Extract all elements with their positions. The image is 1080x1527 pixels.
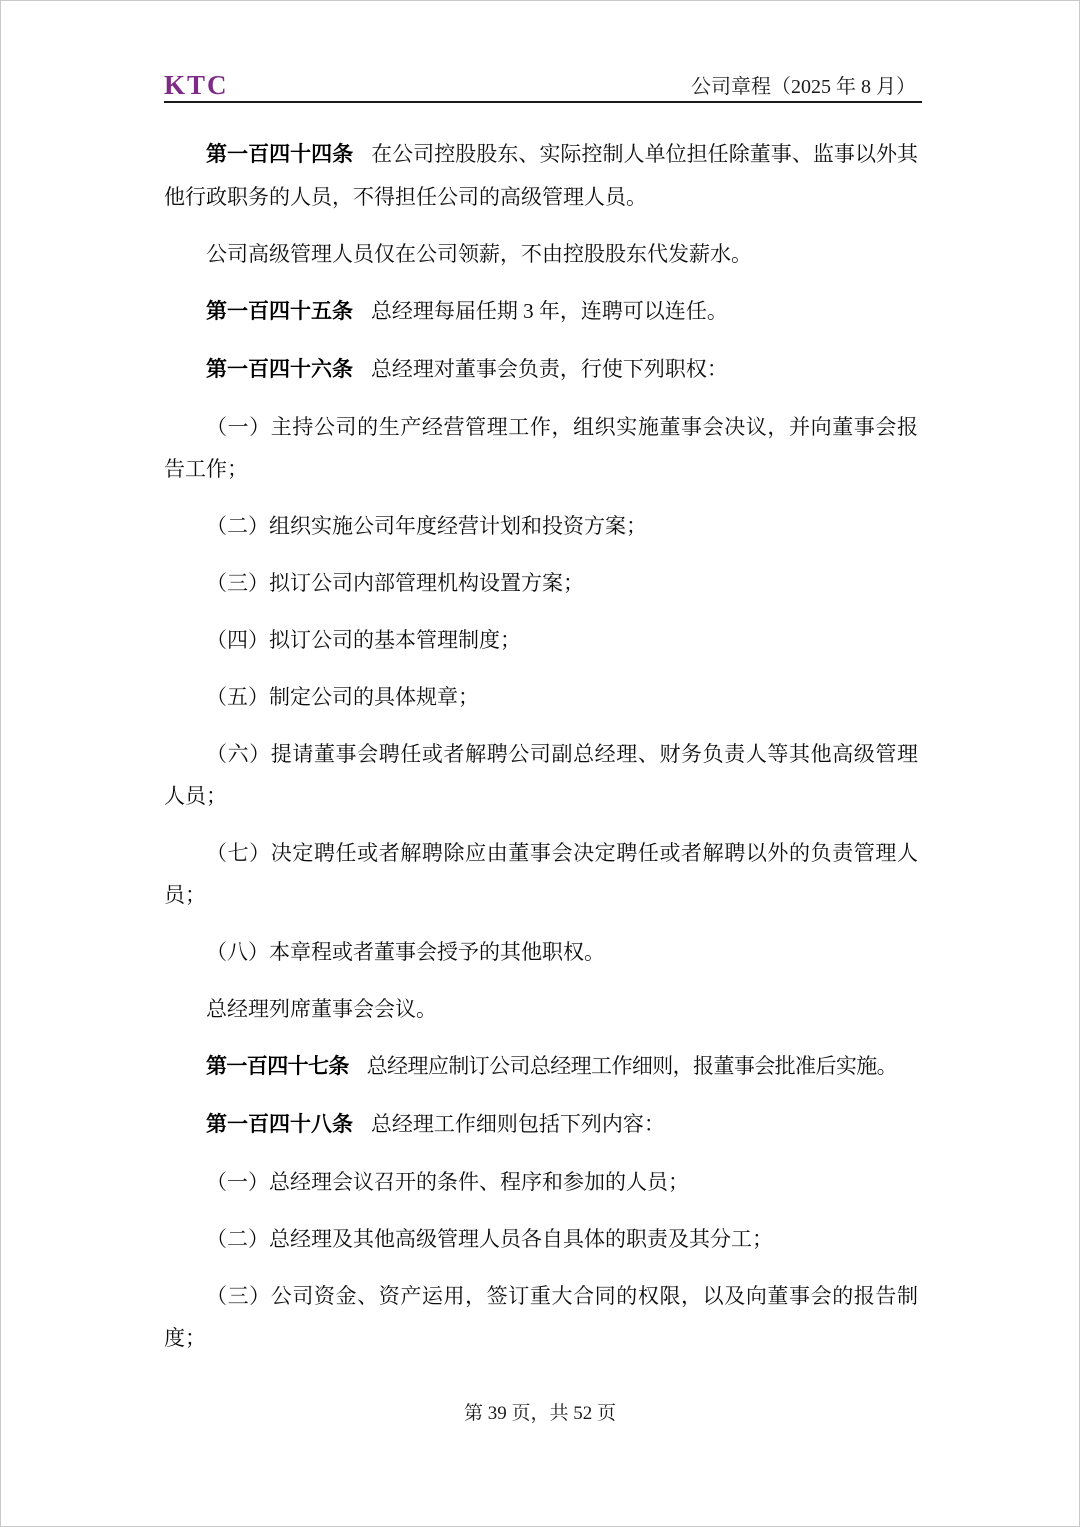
- article-number: 第一百四十六条: [206, 358, 353, 381]
- paragraph-text: （二）总经理及其他高级管理人员各自具体的职责及其分工；: [206, 1227, 773, 1251]
- document-body: 第一百四十四条在公司控股股东、实际控制人单位担任除董事、监事以外其他行政职务的人…: [164, 103, 918, 1374]
- article-number: 第一百四十四条: [206, 143, 353, 166]
- paragraph-article-145: 第一百四十五条总经理每届任期 3 年，连聘可以连任。: [164, 290, 918, 333]
- paragraph-item-2: （二）总经理及其他高级管理人员各自具体的职责及其分工；: [164, 1218, 918, 1260]
- paragraph: 总经理列席董事会会议。: [164, 988, 918, 1030]
- document-page: { "colors": { "logo-purple": "#7E2A87" }…: [0, 0, 1080, 1527]
- paragraph-item-6: （六）提请董事会聘任或者解聘公司副总经理、财务负责人等其他高级管理人员；: [164, 733, 918, 817]
- paragraph-text: （二）组织实施公司年度经营计划和投资方案；: [206, 514, 647, 538]
- paragraph-item-1: （一）总经理会议召开的条件、程序和参加的人员；: [164, 1161, 918, 1203]
- paragraph-text: 总经理列席董事会会议。: [206, 997, 437, 1021]
- paragraph-text: 总经理对董事会负责，行使下列职权：: [371, 357, 728, 381]
- paragraph-article-147: 第一百四十七条总经理应制订公司总经理工作细则，报董事会批准后实施。: [164, 1045, 918, 1088]
- paragraph-item-2: （二）组织实施公司年度经营计划和投资方案；: [164, 505, 918, 547]
- article-number: 第一百四十七条: [206, 1055, 349, 1078]
- paragraph-article-148: 第一百四十八条总经理工作细则包括下列内容：: [164, 1103, 918, 1146]
- paragraph-text: （三）拟订公司内部管理机构设置方案；: [206, 571, 584, 595]
- page-header: KTC 公司章程（2025 年 8 月）: [1, 1, 1079, 103]
- paragraph-item-8: （八）本章程或者董事会授予的其他职权。: [164, 931, 918, 973]
- ktc-logo: KTC: [164, 72, 229, 103]
- paragraph-item-3: （三）公司资金、资产运用，签订重大合同的权限，以及向董事会的报告制度；: [164, 1275, 918, 1359]
- paragraph-text: （四）拟订公司的基本管理制度；: [206, 628, 521, 652]
- header-document-title: 公司章程（2025 年 8 月）: [691, 77, 916, 103]
- paragraph-text: （三）公司资金、资产运用，签订重大合同的权限，以及向董事会的报告制度；: [164, 1284, 918, 1350]
- paragraph-text: （一）主持公司的生产经营管理工作，组织实施董事会决议，并向董事会报告工作；: [164, 415, 918, 481]
- paragraph-text: （八）本章程或者董事会授予的其他职权。: [206, 940, 605, 964]
- paragraph-item-7: （七）决定聘任或者解聘除应由董事会决定聘任或者解聘以外的负责管理人员；: [164, 832, 918, 916]
- paragraph-text: 公司高级管理人员仅在公司领薪，不由控股股东代发薪水。: [206, 242, 752, 266]
- paragraph-text: 总经理工作细则包括下列内容：: [371, 1112, 665, 1136]
- paragraph-text: （六）提请董事会聘任或者解聘公司副总经理、财务负责人等其他高级管理人员；: [164, 742, 918, 808]
- paragraph-item-4: （四）拟订公司的基本管理制度；: [164, 619, 918, 661]
- paragraph-article-146: 第一百四十六条总经理对董事会负责，行使下列职权：: [164, 348, 918, 391]
- paragraph-item-1: （一）主持公司的生产经营管理工作，组织实施董事会决议，并向董事会报告工作；: [164, 406, 918, 490]
- paragraph-article-144: 第一百四十四条在公司控股股东、实际控制人单位担任除董事、监事以外其他行政职务的人…: [164, 133, 918, 218]
- paragraph-item-5: （五）制定公司的具体规章；: [164, 676, 918, 718]
- paragraph-text: 总经理每届任期 3 年，连聘可以连任。: [371, 299, 728, 323]
- paragraph-text: 总经理应制订公司总经理工作细则，报董事会批准后实施。: [367, 1054, 897, 1078]
- paragraph-text: （五）制定公司的具体规章；: [206, 685, 479, 709]
- page-number-label: 第 39 页，共 52 页: [464, 1403, 616, 1424]
- paragraph-text: （一）总经理会议召开的条件、程序和参加的人员；: [206, 1170, 689, 1194]
- page-footer: 第 39 页，共 52 页: [1, 1399, 1079, 1429]
- paragraph: 公司高级管理人员仅在公司领薪，不由控股股东代发薪水。: [164, 233, 918, 275]
- article-number: 第一百四十五条: [206, 300, 353, 323]
- paragraph-item-3: （三）拟订公司内部管理机构设置方案；: [164, 562, 918, 604]
- paragraph-text: （七）决定聘任或者解聘除应由董事会决定聘任或者解聘以外的负责管理人员；: [164, 841, 918, 907]
- article-number: 第一百四十八条: [206, 1113, 353, 1136]
